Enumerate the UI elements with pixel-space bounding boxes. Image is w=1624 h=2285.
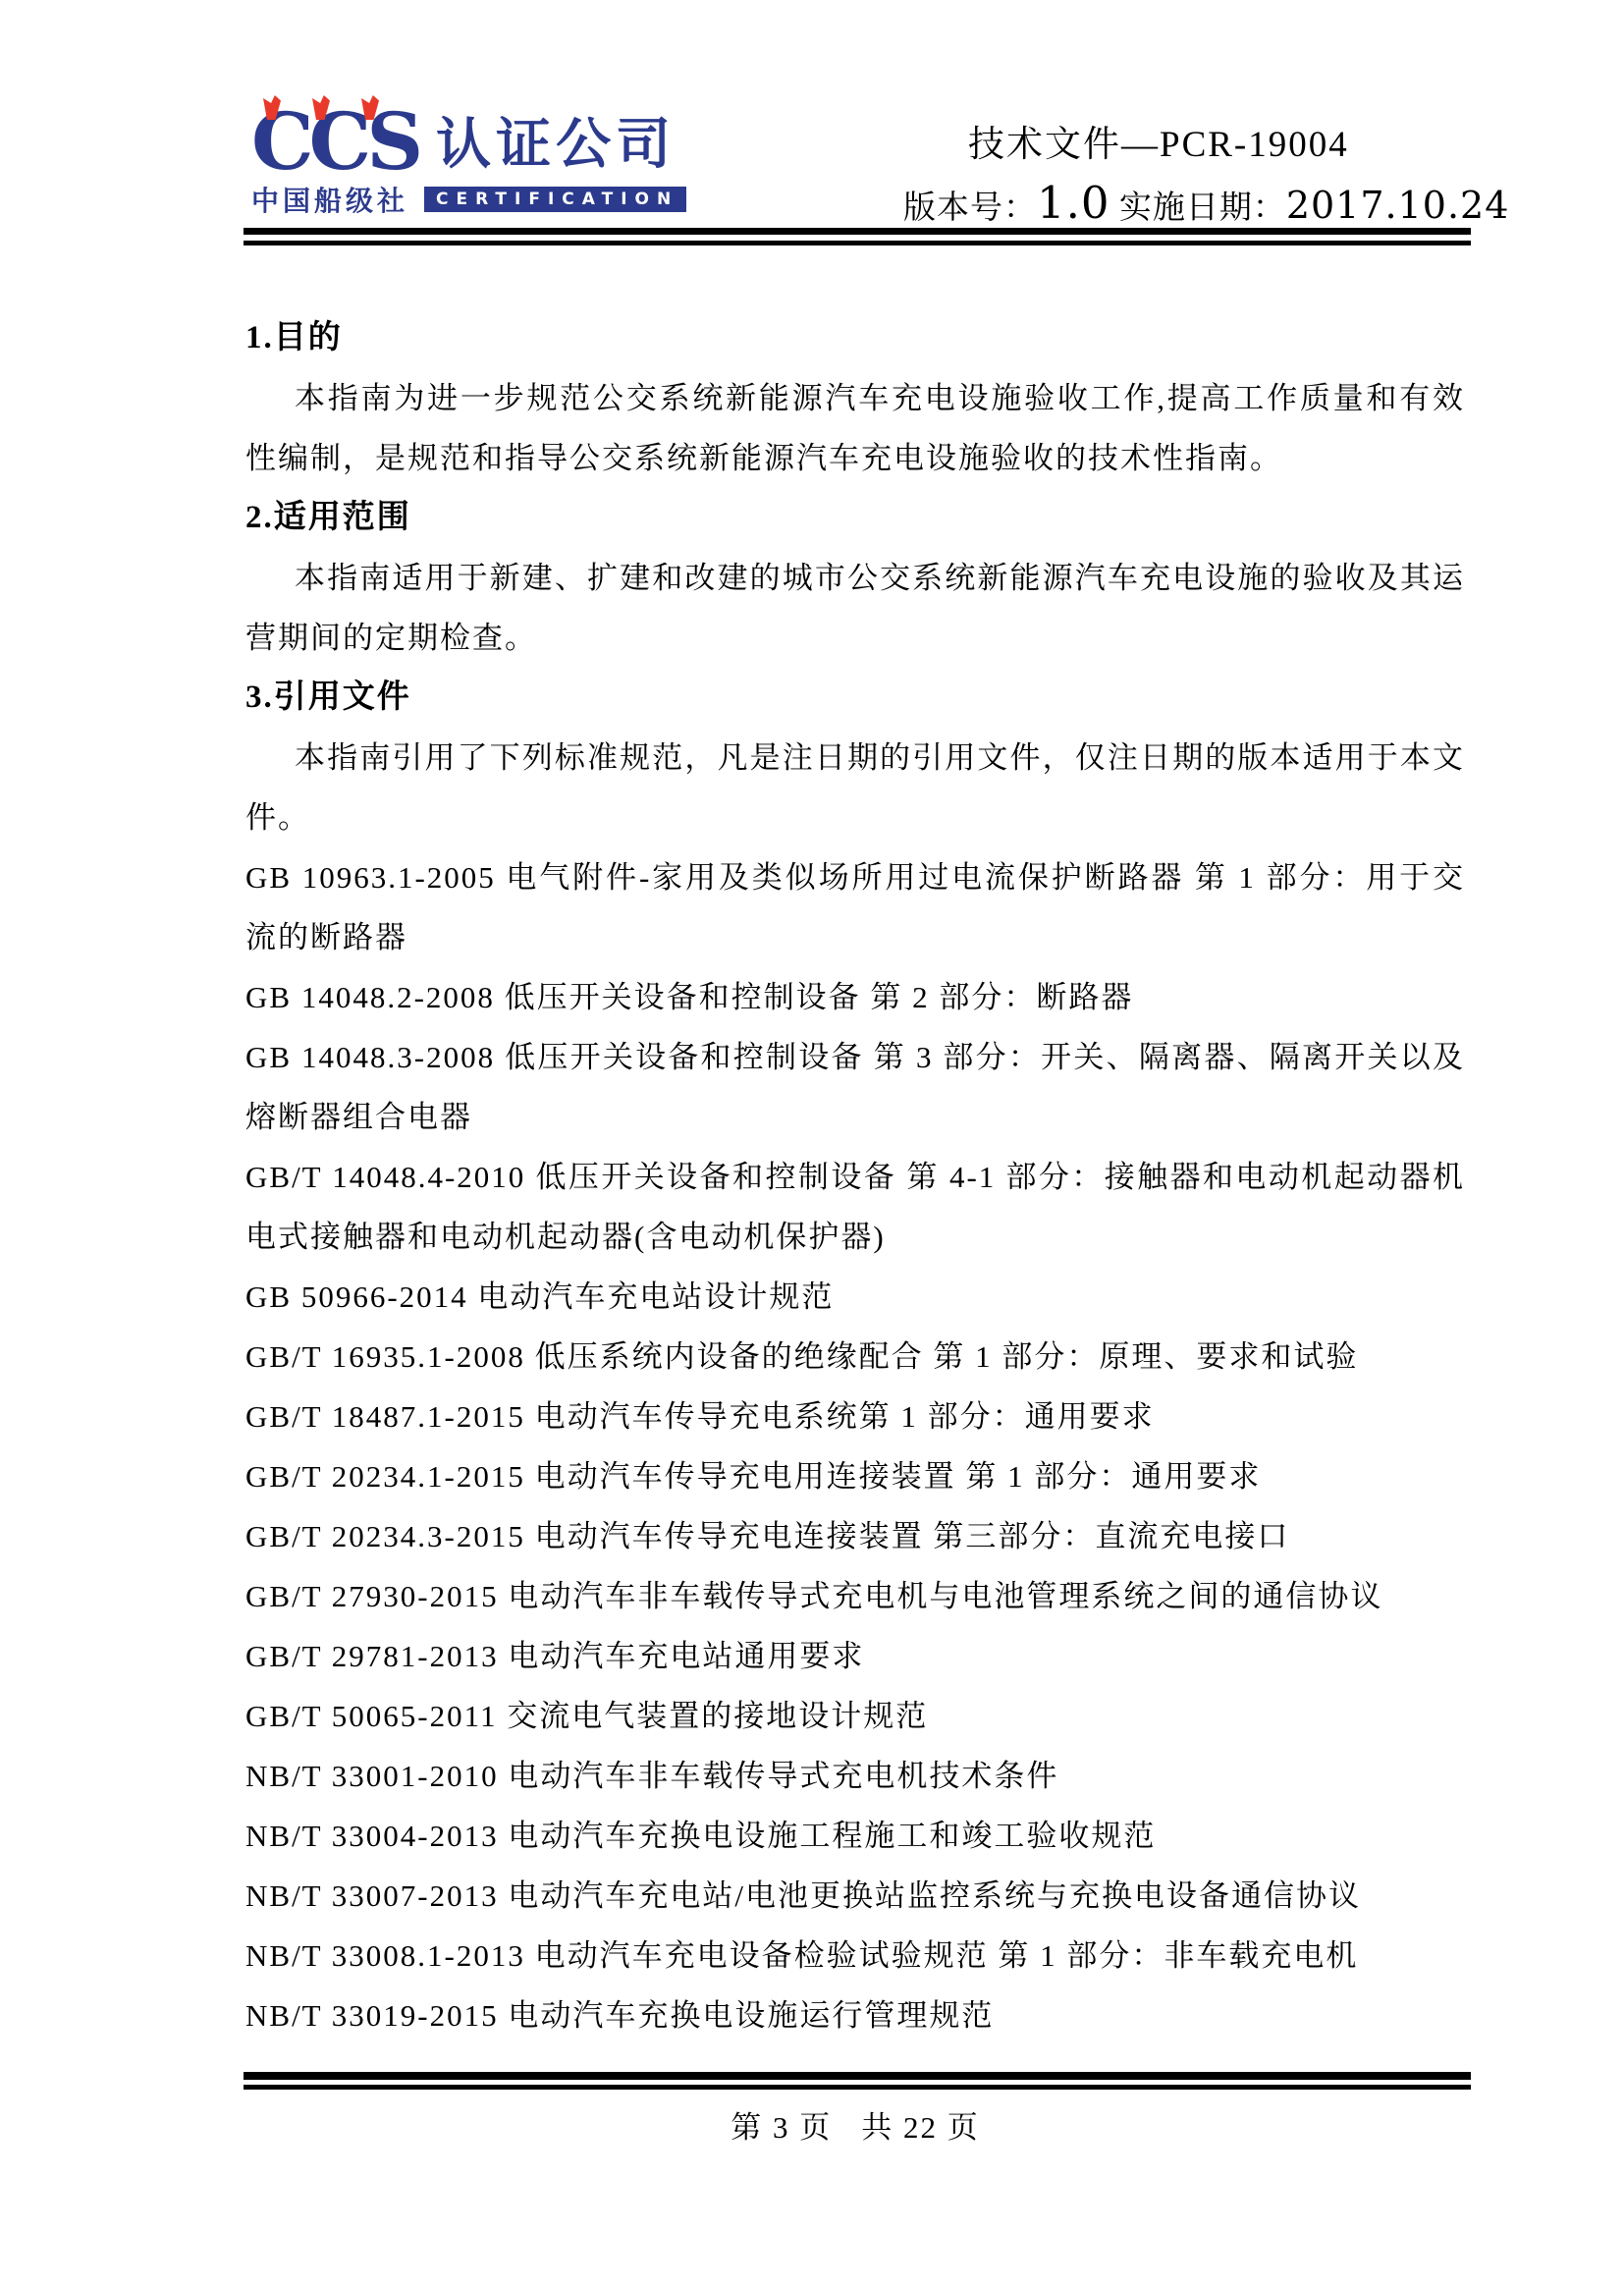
logo-company-name: 认证公司 bbox=[436, 117, 676, 175]
ccs-logo: CCS 认证公司 中国船级社 CERTIFICATION bbox=[251, 108, 686, 219]
document-page: CCS 认证公司 中国船级社 CERTIFICATION 技术文件—PCR-19… bbox=[0, 0, 1624, 2285]
header-double-rule bbox=[244, 228, 1471, 245]
page-total: 共 22 页 bbox=[861, 2110, 980, 2145]
section-paragraph: 本指南引用了下列标准规范，凡是注日期的引用文件，仅注日期的版本适用于本文件。 bbox=[245, 728, 1465, 847]
footer-double-rule bbox=[244, 2072, 1471, 2090]
logo-top-row: CCS 认证公司 bbox=[251, 108, 686, 175]
version-value: 1.0 bbox=[1037, 177, 1110, 229]
standard-item: NB/T 33019-2015 电动汽车充换电设施运行管理规范 bbox=[245, 1986, 1465, 2045]
standard-item: GB/T 14048.4-2010 低压开关设备和控制设备 第 4-1 部分：接… bbox=[245, 1147, 1465, 1267]
logo-certification-bar: CERTIFICATION bbox=[424, 187, 686, 212]
standard-item: NB/T 33007-2013 电动汽车充电站/电池更换站监控系统与充换电设备通… bbox=[245, 1866, 1465, 1926]
standard-item: GB 14048.2-2008 低压开关设备和控制设备 第 2 部分：断路器 bbox=[245, 967, 1465, 1027]
standard-item: GB 50966-2014 电动汽车充电站设计规范 bbox=[245, 1267, 1465, 1327]
standard-item: GB/T 50065-2011 交流电气装置的接地设计规范 bbox=[245, 1686, 1465, 1746]
section-heading-purpose: 1.目的 bbox=[245, 308, 1465, 368]
logo-ccs: CCS bbox=[251, 108, 418, 175]
page-number-line: 第 3 页共 22 页 bbox=[245, 2097, 1465, 2157]
section-heading-references: 3.引用文件 bbox=[245, 668, 1465, 728]
standard-item: GB/T 16935.1-2008 低压系统内设备的绝缘配合 第 1 部分：原理… bbox=[245, 1327, 1465, 1387]
rule-bar bbox=[244, 241, 1471, 245]
section-paragraph: 本指南为进一步规范公交系统新能源汽车充电设施验收工作,提高工作质量和有效性编制，… bbox=[245, 368, 1465, 488]
standard-item: GB/T 29781-2013 电动汽车充电站通用要求 bbox=[245, 1626, 1465, 1686]
section-heading-scope: 2.适用范围 bbox=[245, 488, 1465, 548]
standard-item: NB/T 33001-2010 电动汽车非车载传导式充电机技术条件 bbox=[245, 1746, 1465, 1806]
date-label: 实施日期： bbox=[1119, 190, 1286, 226]
rule-bar bbox=[244, 2085, 1471, 2090]
document-body: 1.目的 本指南为进一步规范公交系统新能源汽车充电设施验收工作,提高工作质量和有… bbox=[245, 308, 1465, 2045]
standard-item: GB 14048.3-2008 低压开关设备和控制设备 第 3 部分：开关、隔离… bbox=[245, 1027, 1465, 1147]
document-number: 技术文件—PCR-19004 bbox=[968, 114, 1492, 167]
version-label: 版本号： bbox=[903, 190, 1037, 226]
standard-item: NB/T 33004-2013 电动汽车充换电设施工程施工和竣工验收规范 bbox=[245, 1806, 1465, 1866]
standard-item: GB 10963.1-2005 电气附件-家用及类似场所用过电流保护断路器 第 … bbox=[245, 847, 1465, 967]
date-value: 2017.10.24 bbox=[1286, 184, 1510, 227]
standard-item: NB/T 33008.1-2013 电动汽车充电设备检验试验规范 第 1 部分：… bbox=[245, 1926, 1465, 1986]
standard-item: GB/T 27930-2015 电动汽车非车载传导式充电机与电池管理系统之间的通… bbox=[245, 1566, 1465, 1626]
standard-item: GB/T 18487.1-2015 电动汽车传导充电系统第 1 部分：通用要求 bbox=[245, 1387, 1465, 1446]
standard-item: GB/T 20234.3-2015 电动汽车传导充电连接装置 第三部分：直流充电… bbox=[245, 1506, 1465, 1566]
version-date-line: 版本号：1.0 实施日期：2017.10.24 bbox=[903, 177, 1492, 229]
rule-bar bbox=[244, 228, 1471, 235]
page-number: 第 3 页 bbox=[731, 2110, 832, 2145]
standard-item: GB/T 20234.1-2015 电动汽车传导充电用连接装置 第 1 部分：通… bbox=[245, 1446, 1465, 1506]
rule-bar bbox=[244, 2072, 1471, 2080]
section-paragraph: 本指南适用于新建、扩建和改建的城市公交系统新能源汽车充电设施的验收及其运营期间的… bbox=[245, 548, 1465, 668]
